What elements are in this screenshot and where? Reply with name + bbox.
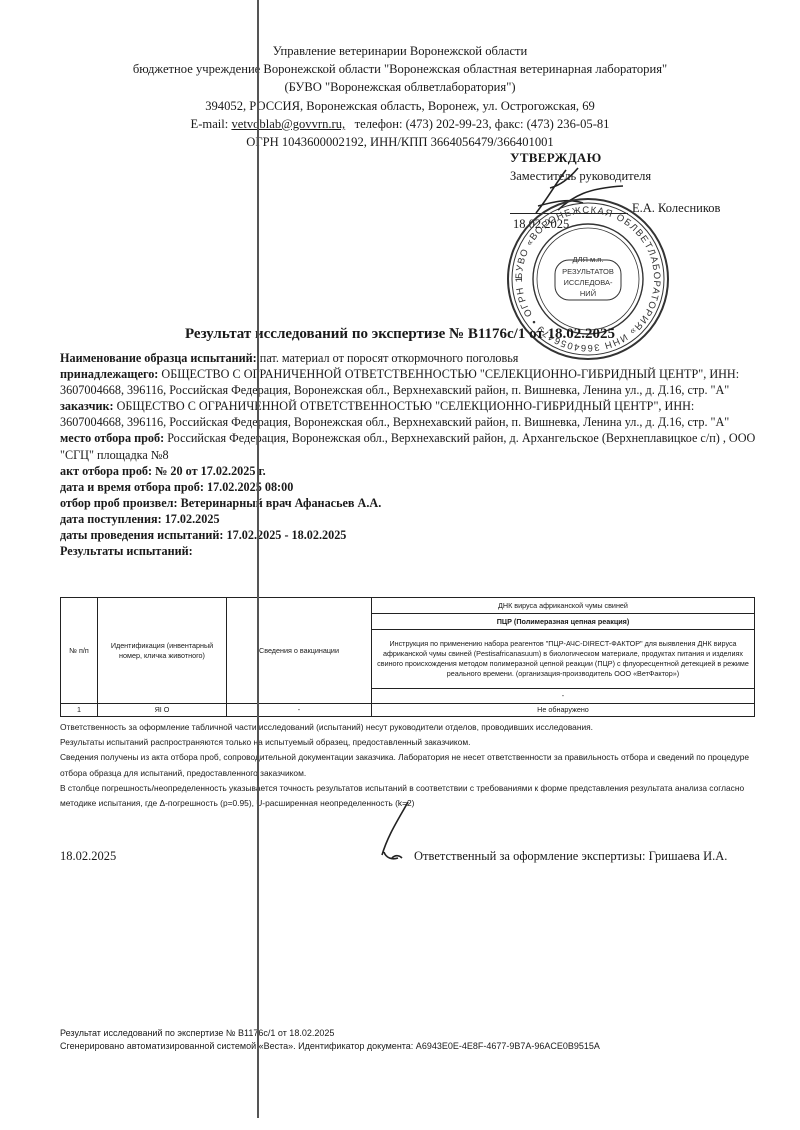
field-results-heading: Результаты испытаний: [60,543,760,559]
header-registration: ОГРН 1043600002192, ИНН/КПП 3664056479/3… [0,133,800,151]
field-customer: заказчик: ОБЩЕСТВО С ОГРАНИЧЕННОЙ ОТВЕТС… [60,398,760,430]
field-sampled-by: отбор проб произвел: Ветеринарный врач А… [60,495,760,511]
email-label: E-mail: [191,117,229,131]
col-identification-header: Идентификация (инвентарный номер, кличка… [98,598,227,704]
field-sampling-place: место отбора проб: Российская Федерация,… [60,430,760,462]
cell-result: Не обнаружено [372,704,755,717]
header-contacts: E-mail: vetvoblab@govvrn.ru, телефон: (4… [0,115,800,133]
cell-number: 1 [61,704,98,717]
instruction-header: Инструкция по применению набора реагенто… [372,630,755,689]
header-org-short: (БУВО "Воронежская облветлаборатория") [0,78,800,96]
footer-generator-id: Сгенерировано автоматизированной системо… [60,1040,600,1053]
col-vaccination-header: Сведения о вакцинации [227,598,372,704]
note-sources: Сведения получены из акта отбора проб, с… [60,750,760,780]
document-title: Результат исследований по экспертизе № В… [0,326,800,343]
table-row: 1 ЯI О - Не обнаружено [61,704,755,717]
field-sampling-act: акт отбора проб: № 20 от 17.02.2025 г. [60,463,760,479]
method-header: ПЦР (Полимеразная цепная реакция) [372,614,755,630]
svg-text:ДЛЯ м.п.: ДЛЯ м.п. [573,255,604,264]
document-footer: Результат исследований по экспертизе № В… [60,1027,600,1053]
phone-fax: телефон: (473) 202-99-23, факс: (473) 23… [355,117,610,131]
field-owner: принадлежащего: ОБЩЕСТВО С ОГРАНИЧЕННОЙ … [60,366,760,398]
col-number-header: № п/п [61,598,98,704]
test-name-header: ДНК вируса африканской чумы свиней [372,598,755,614]
field-sampling-datetime: дата и время отбора проб: 17.02.2025 08:… [60,479,760,495]
cell-identification: ЯI О [98,704,227,717]
field-sample-name: Наименование образца испытаний: пат. мат… [60,350,760,366]
field-received-date: дата поступления: 17.02.2025 [60,511,760,527]
notes-section: Ответственность за оформление табличной … [60,720,760,811]
svg-text:НИЙ: НИЙ [580,289,596,298]
header-org: бюджетное учреждение Воронежской области… [0,60,800,78]
svg-text:РЕЗУЛЬТАТОВ: РЕЗУЛЬТАТОВ [562,267,614,276]
sample-details: Наименование образца испытаний: пат. мат… [60,350,760,559]
field-test-dates: даты проведения испытаний: 17.02.2025 - … [60,527,760,543]
units-header: - [372,689,755,704]
email-link[interactable]: vetvoblab@govvrn.ru, [231,117,345,131]
header-dept: Управление ветеринарии Воронежской облас… [0,42,800,60]
cell-vaccination: - [227,704,372,717]
header-address: 394052, РОССИЯ, Воронежская область, Вор… [0,97,800,115]
responsible-person: Ответственный за оформление экспертизы: … [414,849,727,864]
note-responsibility: Ответственность за оформление табличной … [60,720,760,735]
results-table: № п/п Идентификация (инвентарный номер, … [60,597,755,717]
note-scope: Результаты испытаний распространяются то… [60,735,760,750]
scan-artifact-line [257,0,259,1118]
footer-reference: Результат исследований по экспертизе № В… [60,1027,600,1040]
svg-text:ИССЛЕДОВА-: ИССЛЕДОВА- [563,278,613,287]
signoff-date: 18.02.2025 [60,849,116,864]
